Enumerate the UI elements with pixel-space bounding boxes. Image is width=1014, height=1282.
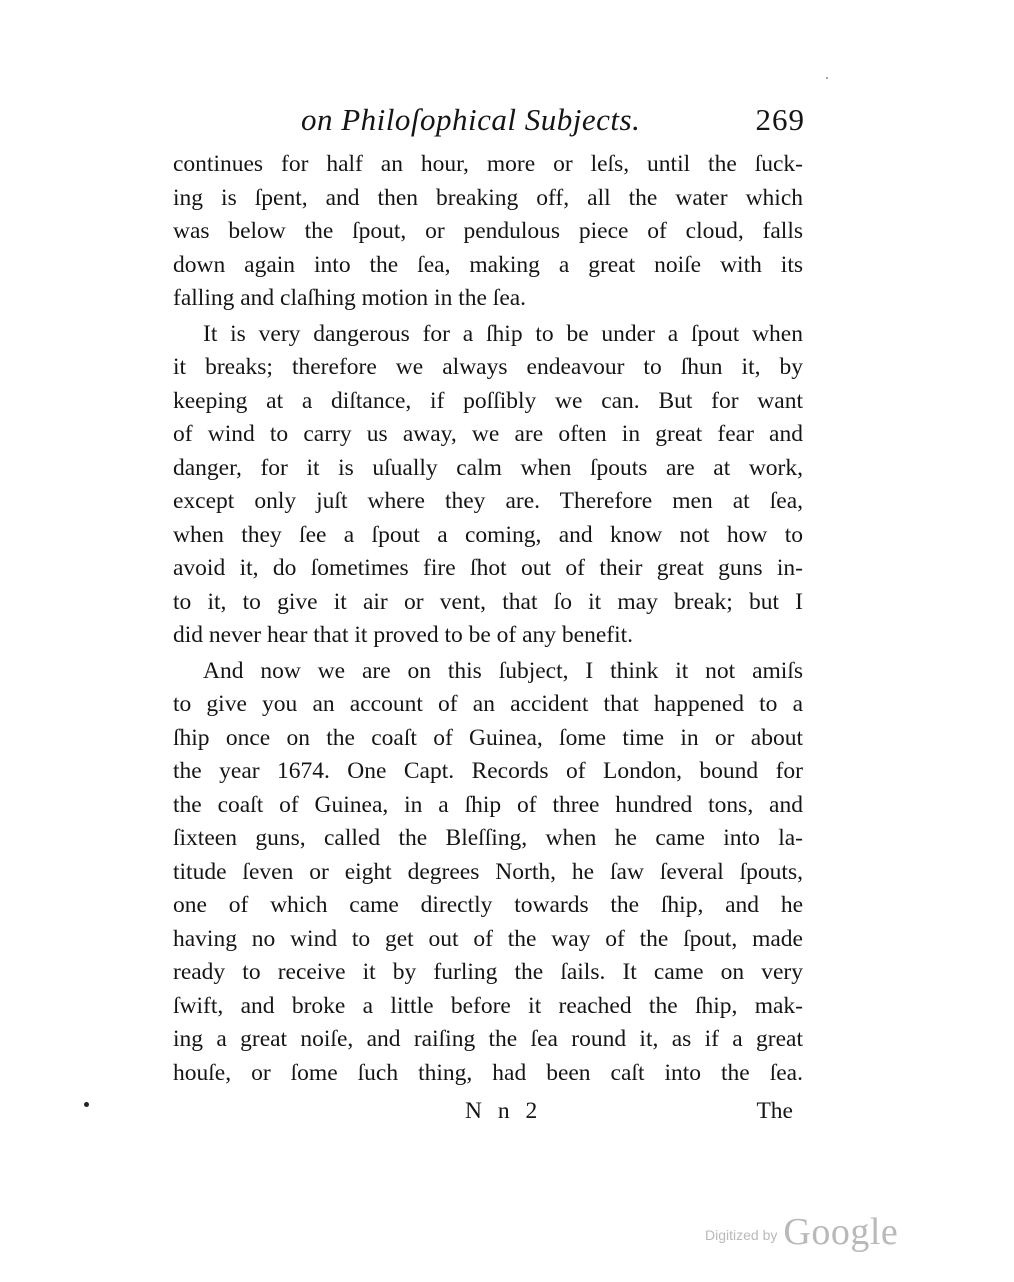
paragraph-2: It is very dangerous for a ſhip to be un… bbox=[173, 318, 803, 653]
catchword: The bbox=[756, 1094, 793, 1128]
text-line: the year 1674. One Capt. Records of Lond… bbox=[173, 755, 803, 789]
page-number: 269 bbox=[756, 98, 806, 142]
running-head: on Philoſophical Subjects. 269 bbox=[173, 98, 805, 142]
scan-speck bbox=[84, 1102, 89, 1107]
body-text: continues for half an hour, more or leſs… bbox=[173, 148, 803, 1092]
text-line: to it, to give it air or vent, that ſo i… bbox=[173, 586, 803, 620]
text-line: ſixteen guns, called the Bleſſing, when … bbox=[173, 822, 803, 856]
text-line: continues for half an hour, more or leſs… bbox=[173, 148, 803, 182]
text-line: of wind to carry us away, we are often i… bbox=[173, 418, 803, 452]
watermark-prefix: Digitized by bbox=[705, 1227, 777, 1243]
text-line: houſe, or ſome ſuch thing, had been caſt… bbox=[173, 1057, 803, 1091]
text-line: except only juſt where they are. Therefo… bbox=[173, 485, 803, 519]
text-line: when they ſee a ſpout a coming, and know… bbox=[173, 519, 803, 553]
text-line: danger, for it is uſually calm when ſpou… bbox=[173, 452, 803, 486]
page-footer: N n 2 The bbox=[173, 1094, 803, 1128]
text-line: to give you an account of an accident th… bbox=[173, 688, 803, 722]
paragraph-3: And now we are on this ſubject, I think … bbox=[173, 655, 803, 1091]
text-line: the coaſt of Guinea, in a ſhip of three … bbox=[173, 789, 803, 823]
text-line: keeping at a diſtance, if poſſibly we ca… bbox=[173, 385, 803, 419]
text-line: one of which came directly towards the ſ… bbox=[173, 889, 803, 923]
text-line: having no wind to get out of the way of … bbox=[173, 923, 803, 957]
watermark-brand: Google bbox=[783, 1211, 898, 1253]
signature-mark: N n 2 bbox=[465, 1094, 542, 1128]
text-line: did never hear that it proved to be of a… bbox=[173, 619, 803, 653]
text-line: avoid it, do ſometimes fire ſhot out of … bbox=[173, 552, 803, 586]
text-line: titude ſeven or eight degrees North, he … bbox=[173, 856, 803, 890]
text-line: falling and claſhing motion in the ſea. bbox=[173, 282, 803, 316]
text-line: ſhip once on the coaſt of Guinea, ſome t… bbox=[173, 722, 803, 756]
text-line: ing a great noiſe, and raiſing the ſea r… bbox=[173, 1023, 803, 1057]
scan-speck bbox=[826, 77, 828, 79]
text-line: down again into the ſea, making a great … bbox=[173, 249, 803, 283]
text-line: ready to receive it by furling the ſails… bbox=[173, 956, 803, 990]
text-line: ſwift, and broke a little before it reac… bbox=[173, 990, 803, 1024]
paragraph-1: continues for half an hour, more or leſs… bbox=[173, 148, 803, 316]
digitized-watermark: Digitized by Google bbox=[705, 1210, 898, 1254]
text-line: ing is ſpent, and then breaking off, all… bbox=[173, 182, 803, 216]
text-line: And now we are on this ſubject, I think … bbox=[173, 655, 803, 689]
text-line: It is very dangerous for a ſhip to be un… bbox=[173, 318, 803, 352]
text-line: was below the ſpout, or pendulous piece … bbox=[173, 215, 803, 249]
text-line: it breaks; therefore we always endeavour… bbox=[173, 351, 803, 385]
running-title: on Philoſophical Subjects. bbox=[301, 98, 640, 142]
book-page: on Philoſophical Subjects. 269 continues… bbox=[0, 0, 1014, 1282]
